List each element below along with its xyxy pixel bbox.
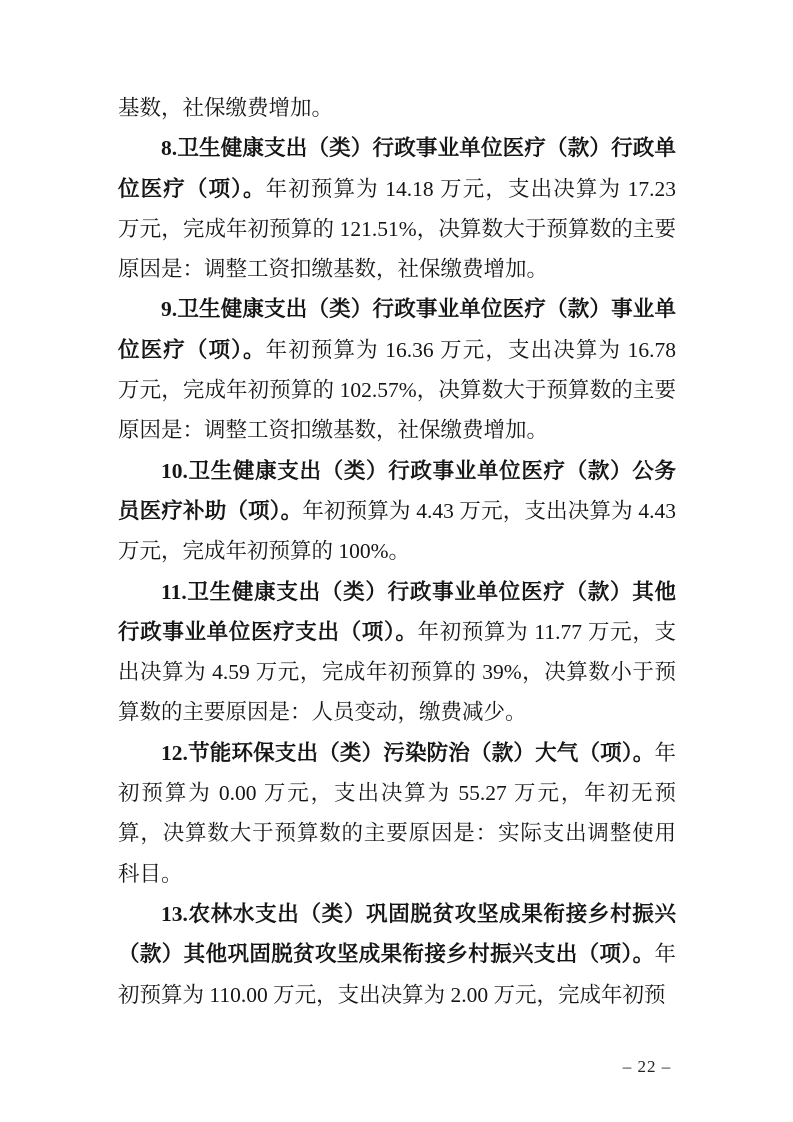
paragraph-lead: 13.农林水支出（类）巩固脱贫攻坚成果衔接乡村振兴（款）其他巩固脱贫攻坚成果衔接… xyxy=(118,902,676,966)
paragraph-item-11: 11.卫生健康支出（类）行政事业单位医疗（款）其他行政事业单位医疗支出（项）。年… xyxy=(118,572,676,733)
document-page: 基数，社保缴费增加。 8.卫生健康支出（类）行政事业单位医疗（款）行政单位医疗（… xyxy=(0,0,793,1122)
paragraph-item-13: 13.农林水支出（类）巩固脱贫攻坚成果衔接乡村振兴（款）其他巩固脱贫攻坚成果衔接… xyxy=(118,894,676,1015)
paragraph-lead: 12.节能环保支出（类）污染防治（款）大气（项）。 xyxy=(161,741,654,765)
paragraph-item-9: 9.卫生健康支出（类）行政事业单位医疗（款）事业单位医疗（项）。年初预算为 16… xyxy=(118,289,676,450)
paragraph-item-12: 12.节能环保支出（类）污染防治（款）大气（项）。年初预算为 0.00 万元，支… xyxy=(118,733,676,894)
paragraph-item-8: 8.卫生健康支出（类）行政事业单位医疗（款）行政单位医疗（项）。年初预算为 14… xyxy=(118,128,676,289)
paragraph-continuation: 基数，社保缴费增加。 xyxy=(118,88,676,128)
paragraph-item-10: 10.卫生健康支出（类）行政事业单位医疗（款）公务员医疗补助（项）。年初预算为 … xyxy=(118,451,676,572)
document-body: 基数，社保缴费增加。 8.卫生健康支出（类）行政事业单位医疗（款）行政单位医疗（… xyxy=(118,88,676,1015)
paragraph-text: 基数，社保缴费增加。 xyxy=(118,96,333,120)
page-number: – 22 – xyxy=(612,1056,682,1078)
